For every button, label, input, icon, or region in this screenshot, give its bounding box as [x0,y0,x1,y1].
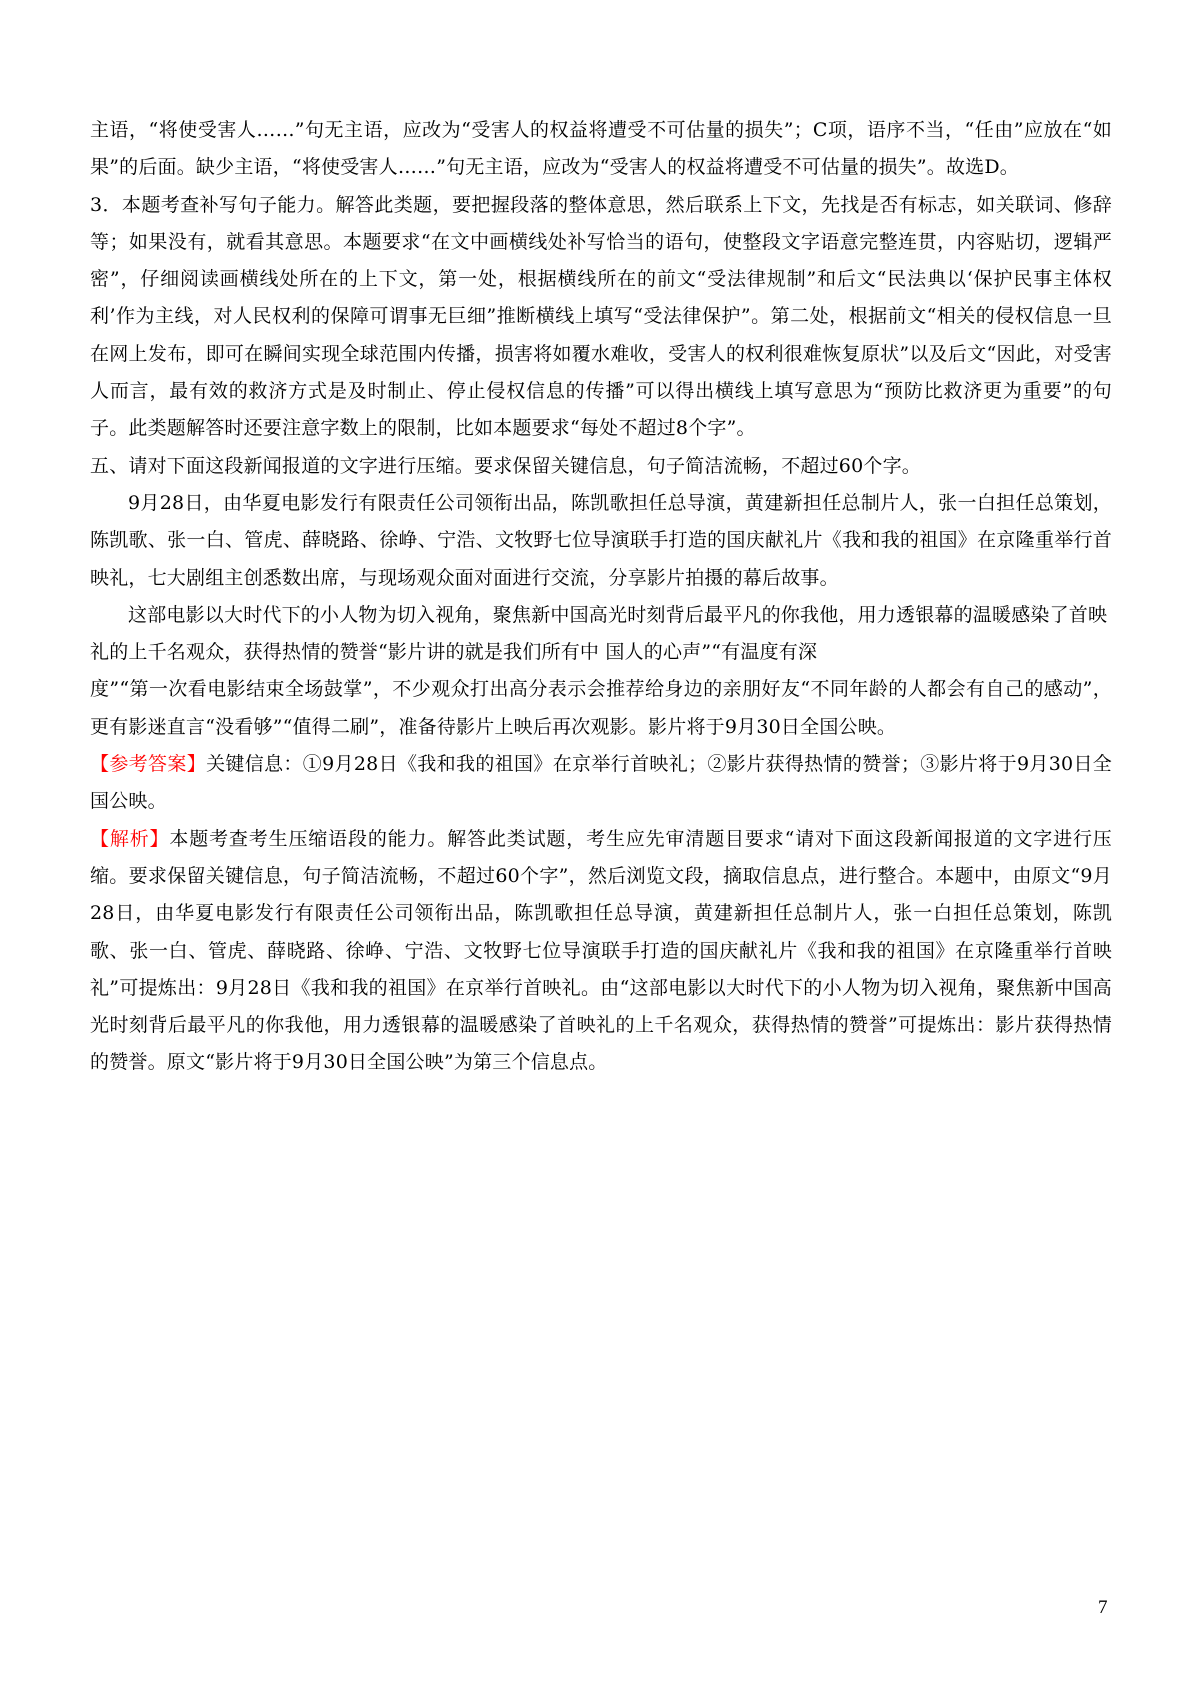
document-page: 主语，“将使受害人……”句无主语，应改为“受害人的权益将遭受不可估量的损失”；C… [90,112,1112,1082]
analysis-text: 本题考查考生压缩语段的能力。解答此类试题，考生应先审清题目要求“请对下面这段新闻… [90,828,1112,1074]
answer-label: 【参考答案】 [90,753,206,775]
paragraph-question2-analysis-end: 主语，“将使受害人……”句无主语，应改为“受害人的权益将遭受不可估量的损失”；C… [90,112,1112,187]
page-number: 7 [1098,1597,1108,1619]
paragraph-analysis: 【解析】本题考查考生压缩语段的能力。解答此类试题，考生应先审清题目要求“请对下面… [90,821,1112,1082]
paragraph-question3-analysis: 3．本题考查补写句子能力。解答此类题，要把握段落的整体意思，然后联系上下文，先找… [90,187,1112,448]
paragraph-question5-prompt: 五、请对下面这段新闻报道的文字进行压缩。要求保留关键信息，句子简洁流畅，不超过6… [90,448,1112,485]
paragraph-news-passage-1: 9月28日，由华夏电影发行有限责任公司领衔出品，陈凯歌担任总导演，黄建新担任总制… [90,485,1112,597]
answer-text: 关键信息：①9月28日《我和我的祖国》在京举行首映礼；②影片获得热情的赞誉；③影… [90,753,1112,812]
paragraph-news-passage-2a: 这部电影以大时代下的小人物为切入视角，聚焦新中国高光时刻背后最平凡的你我他，用力… [90,597,1112,672]
paragraph-news-passage-2b: 度”“第一次看电影结束全场鼓掌”，不少观众打出高分表示会推荐给身边的亲朋好友“不… [90,671,1112,746]
paragraph-reference-answer: 【参考答案】关键信息：①9月28日《我和我的祖国》在京举行首映礼；②影片获得热情… [90,746,1112,821]
analysis-label: 【解析】 [90,828,169,850]
